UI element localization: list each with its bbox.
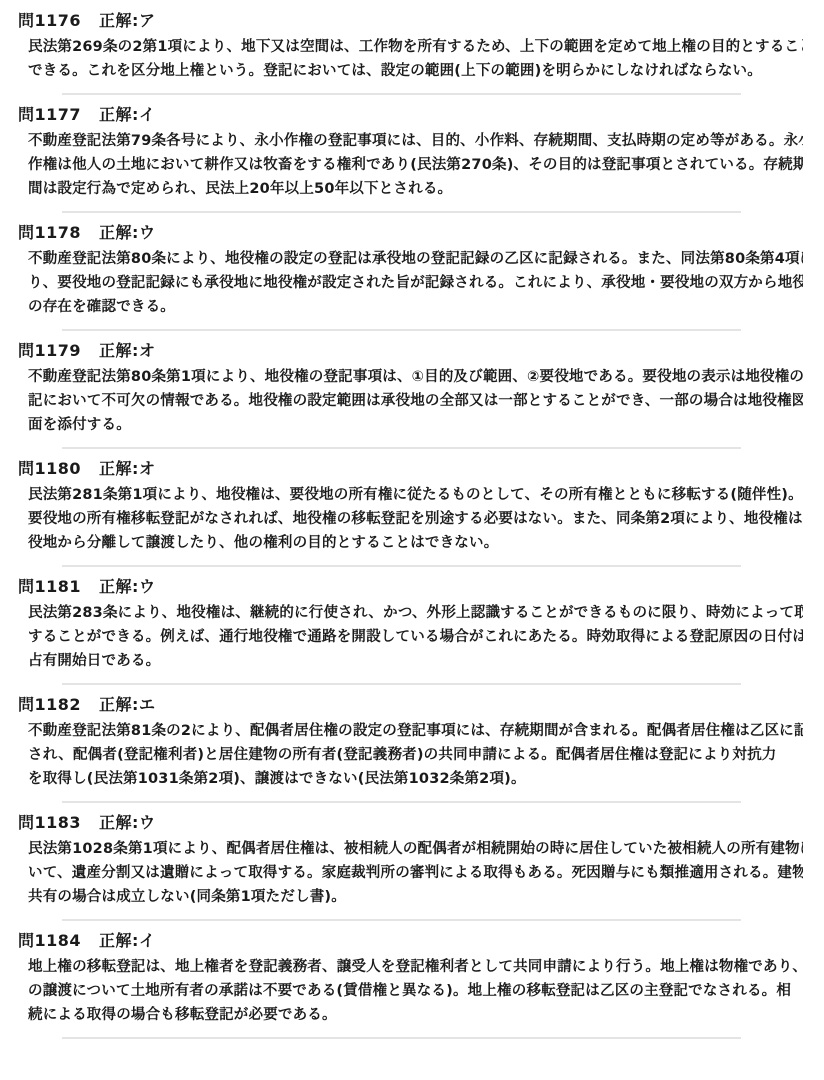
explanation-text: 不動産登記法第79条各号により、永小作権の登記事項には、目的、小作料、存続期間、… <box>28 129 824 201</box>
explanation-line: り、要役地の登記記録にも承役地に地役権が設定された旨が記録される。これにより、承… <box>28 271 803 295</box>
explanation-line: 民法第281条第1項により、地役権は、要役地の所有権に従たるものとして、その所有… <box>28 483 803 507</box>
explanation-line: の譲渡について土地所有者の承諾は不要である(賃借権と異なる)。地上権の移転登記は… <box>28 979 803 1003</box>
explanation-line: を取得し(民法第1031条第2項)、譲渡はできない(民法第1032条第2項)。 <box>28 767 803 791</box>
explanation-line: 続による取得の場合も移転登記が必要である。 <box>28 1003 803 1027</box>
question-number: 問1178 <box>18 223 81 242</box>
qa-block: 問1180正解:オ 民法第281条第1項により、地役権は、要役地の所有権に従たる… <box>18 461 824 567</box>
qa-header: 問1180正解:オ <box>18 461 824 477</box>
question-number: 問1180 <box>18 459 81 478</box>
qa-block: 問1177正解:イ 不動産登記法第79条各号により、永小作権の登記事項には、目的… <box>18 107 824 213</box>
section-divider <box>62 565 741 567</box>
explanation-line: 作権は他人の土地において耕作又は牧畜をする権利であり(民法第270条)、その目的… <box>28 153 803 177</box>
explanation-line: 役地から分離して譲渡したり、他の権利の目的とすることはできない。 <box>28 531 803 555</box>
explanation-text: 不動産登記法第80条第1項により、地役権の登記事項は、①目的及び範囲、②要役地で… <box>28 365 824 437</box>
explanation-line: することができる。例えば、通行地役権で通路を開設している場合がこれにあたる。時効… <box>28 625 803 649</box>
explanation-line: 不動産登記法第81条の2により、配偶者居住権の設定の登記事項には、存続期間が含ま… <box>28 719 803 743</box>
question-number: 問1177 <box>18 105 81 124</box>
explanation-line: の存在を確認できる。 <box>28 295 803 319</box>
correct-answer-label: 正解:ウ <box>99 577 155 596</box>
explanation-line: 占有開始日である。 <box>28 649 803 673</box>
section-divider <box>62 919 741 921</box>
qa-block: 問1181正解:ウ 民法第283条により、地役権は、継続的に行使され、かつ、外形… <box>18 579 824 685</box>
section-divider <box>62 1037 741 1039</box>
section-divider <box>62 683 741 685</box>
qa-block: 問1184正解:イ 地上権の移転登記は、地上権者を登記義務者、譲受人を登記権利者… <box>18 933 824 1039</box>
qa-block: 問1183正解:ウ 民法第1028条第1項により、配偶者居住権は、被相続人の配偶… <box>18 815 824 921</box>
explanation-text: 民法第269条の2第1項により、地下又は空間は、工作物を所有するため、上下の範囲… <box>28 35 824 83</box>
qa-header: 問1183正解:ウ <box>18 815 824 831</box>
explanation-line: 不動産登記法第79条各号により、永小作権の登記事項には、目的、小作料、存続期間、… <box>28 129 803 153</box>
qa-header: 問1181正解:ウ <box>18 579 824 595</box>
correct-answer-label: 正解:イ <box>99 105 155 124</box>
correct-answer-label: 正解:ウ <box>99 813 155 832</box>
explanation-line: できる。これを区分地上権という。登記においては、設定の範囲(上下の範囲)を明らか… <box>28 59 803 83</box>
explanation-line: いて、遺産分割又は遺贈によって取得する。家庭裁判所の審判による取得もある。死因贈… <box>28 861 803 885</box>
question-number: 問1181 <box>18 577 81 596</box>
question-number: 問1184 <box>18 931 81 950</box>
section-divider <box>62 211 741 213</box>
qa-block: 問1182正解:エ 不動産登記法第81条の2により、配偶者居住権の設定の登記事項… <box>18 697 824 803</box>
question-number: 問1176 <box>18 11 81 30</box>
qa-header: 問1176正解:ア <box>18 13 824 29</box>
document-page: 問1176正解:ア 民法第269条の2第1項により、地下又は空間は、工作物を所有… <box>0 0 824 1080</box>
explanation-line: 地上権の移転登記は、地上権者を登記義務者、譲受人を登記権利者として共同申請により… <box>28 955 803 979</box>
explanation-text: 不動産登記法第80条により、地役権の設定の登記は承役地の登記記録の乙区に記録され… <box>28 247 824 319</box>
explanation-line: 不動産登記法第80条第1項により、地役権の登記事項は、①目的及び範囲、②要役地で… <box>28 365 803 389</box>
explanation-line: 民法第269条の2第1項により、地下又は空間は、工作物を所有するため、上下の範囲… <box>28 35 803 59</box>
explanation-text: 民法第283条により、地役権は、継続的に行使され、かつ、外形上認識することができ… <box>28 601 824 673</box>
explanation-text: 民法第281条第1項により、地役権は、要役地の所有権に従たるものとして、その所有… <box>28 483 824 555</box>
explanation-line: 民法第283条により、地役権は、継続的に行使され、かつ、外形上認識することができ… <box>28 601 803 625</box>
correct-answer-label: 正解:イ <box>99 931 155 950</box>
explanation-line: され、配偶者(登記権利者)と居住建物の所有者(登記義務者)の共同申請による。配偶… <box>28 743 803 767</box>
explanation-line: 要役地の所有権移転登記がなされれば、地役権の移転登記を別途する必要はない。また、… <box>28 507 803 531</box>
explanation-line: 記において不可欠の情報である。地役権の設定範囲は承役地の全部又は一部とすることが… <box>28 389 803 413</box>
explanation-text: 不動産登記法第81条の2により、配偶者居住権の設定の登記事項には、存続期間が含ま… <box>28 719 824 791</box>
question-number: 問1182 <box>18 695 81 714</box>
qa-block: 問1178正解:ウ 不動産登記法第80条により、地役権の設定の登記は承役地の登記… <box>18 225 824 331</box>
qa-header: 問1182正解:エ <box>18 697 824 713</box>
section-divider <box>62 447 741 449</box>
correct-answer-label: 正解:オ <box>99 341 155 360</box>
explanation-line: 不動産登記法第80条により、地役権の設定の登記は承役地の登記記録の乙区に記録され… <box>28 247 803 271</box>
explanation-line: 民法第1028条第1項により、配偶者居住権は、被相続人の配偶者が相続開始の時に居… <box>28 837 803 861</box>
explanation-text: 地上権の移転登記は、地上権者を登記義務者、譲受人を登記権利者として共同申請により… <box>28 955 824 1027</box>
explanation-line: 共有の場合は成立しない(同条第1項ただし書)。 <box>28 885 803 909</box>
section-divider <box>62 801 741 803</box>
explanation-line: 間は設定行為で定められ、民法上20年以上50年以下とされる。 <box>28 177 803 201</box>
correct-answer-label: 正解:ア <box>99 11 155 30</box>
question-number: 問1179 <box>18 341 81 360</box>
correct-answer-label: 正解:オ <box>99 459 155 478</box>
qa-header: 問1184正解:イ <box>18 933 824 949</box>
qa-header: 問1177正解:イ <box>18 107 824 123</box>
explanation-text: 民法第1028条第1項により、配偶者居住権は、被相続人の配偶者が相続開始の時に居… <box>28 837 824 909</box>
section-divider <box>62 93 741 95</box>
qa-block: 問1179正解:オ 不動産登記法第80条第1項により、地役権の登記事項は、①目的… <box>18 343 824 449</box>
qa-header: 問1179正解:オ <box>18 343 824 359</box>
correct-answer-label: 正解:エ <box>99 695 155 714</box>
qa-header: 問1178正解:ウ <box>18 225 824 241</box>
qa-block: 問1176正解:ア 民法第269条の2第1項により、地下又は空間は、工作物を所有… <box>18 13 824 95</box>
section-divider <box>62 329 741 331</box>
explanation-line: 面を添付する。 <box>28 413 803 437</box>
correct-answer-label: 正解:ウ <box>99 223 155 242</box>
question-number: 問1183 <box>18 813 81 832</box>
